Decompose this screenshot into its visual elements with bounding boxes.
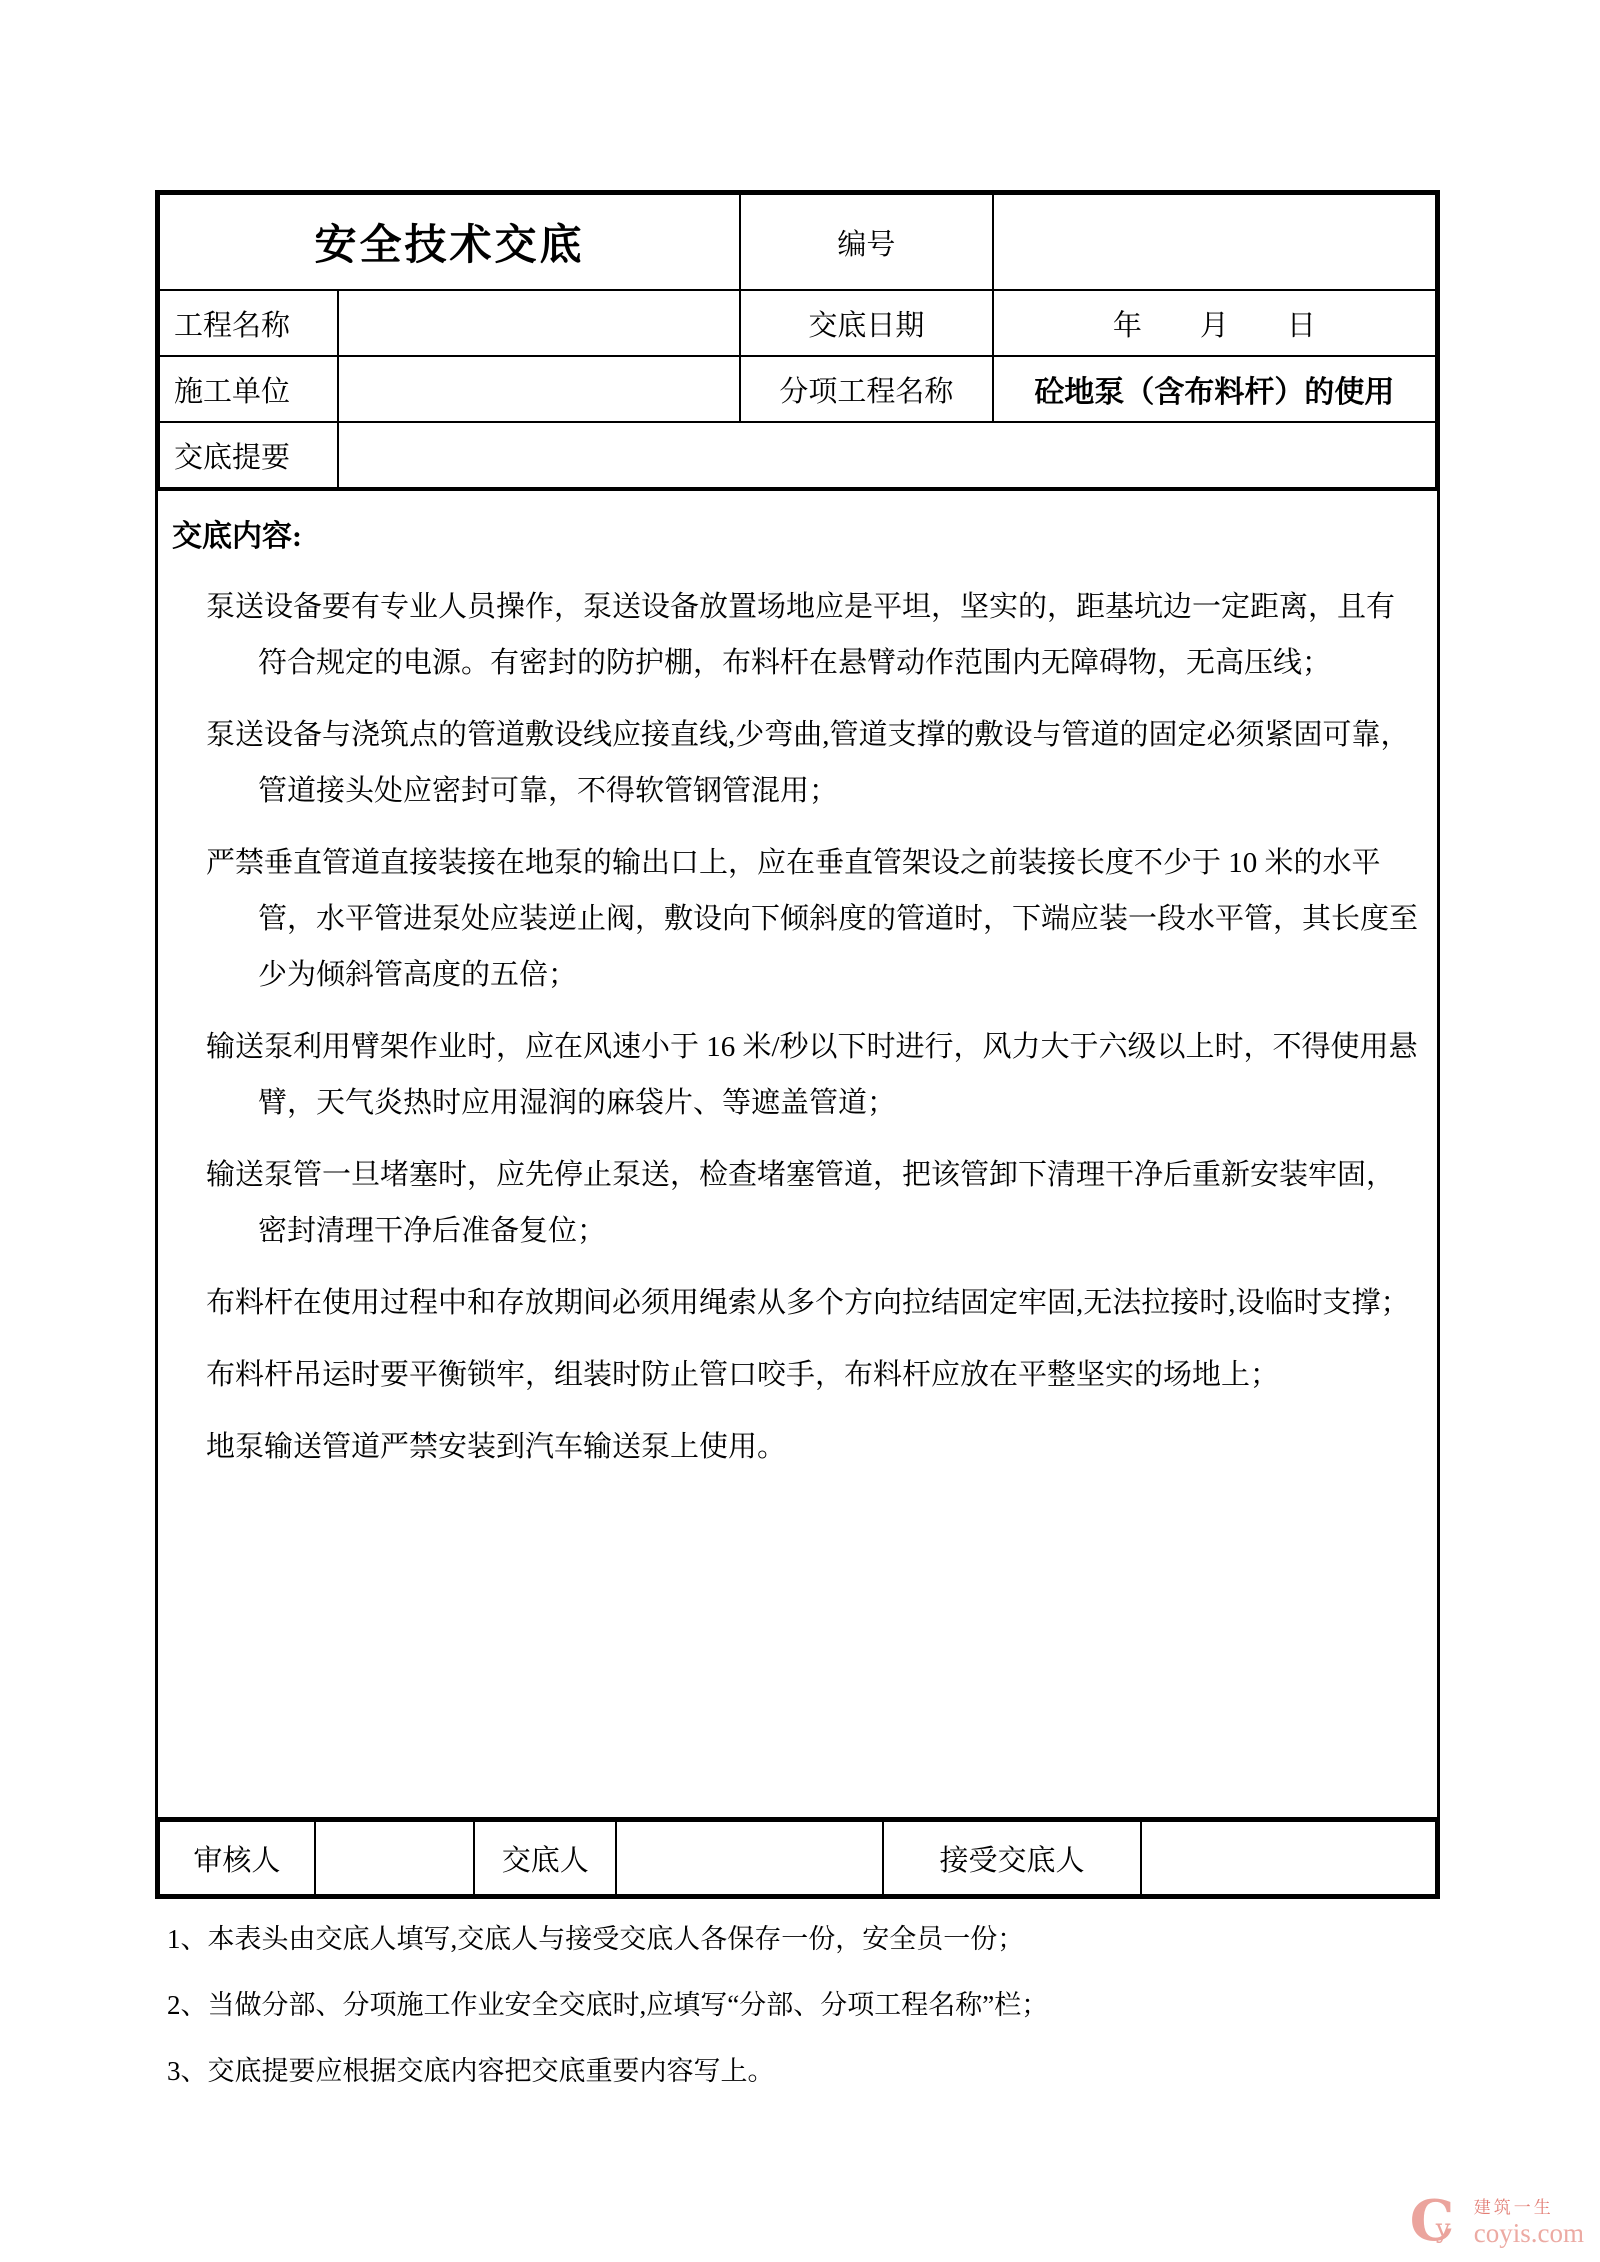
item-text: 地泵输送管道严禁安装到汽车输送泵上使用。: [206, 1431, 786, 1463]
form-header-table: 安全技术交底 编号 工程名称 交底日期 年 月 日 施工单位 分项工程名称 砼地…: [158, 193, 1437, 489]
item-number: 7.: [170, 1347, 206, 1403]
content-item-1: 1.泵送设备要有专业人员操作，泵送设备放置场地应是平坦，坚实的，距基坑边一定距离…: [170, 579, 1423, 691]
summary-label: 交底提要: [159, 422, 338, 488]
content-item-2: 2.泵送设备与浇筑点的管道敷设线应接直线,少弯曲,管道支撑的敷设与管道的固定必须…: [170, 707, 1423, 819]
item-text: 输送泵管一旦堵塞时，应先停止泵送，检查堵塞管道，把该管卸下清理干净后重新安装牢固…: [206, 1159, 1395, 1247]
reviewer-value: [315, 1821, 475, 1896]
site-watermark: Cy 建筑一生 coyis.com: [1410, 2192, 1584, 2250]
item-text: 泵送设备要有专业人员操作，泵送设备放置场地应是平坦，坚实的，距基坑边一定距离，且…: [206, 591, 1395, 679]
item-number: 2.: [170, 707, 206, 763]
item-text: 泵送设备与浇筑点的管道敷设线应接直线,少弯曲,管道支撑的敷设与管道的固定必须紧固…: [206, 719, 1410, 807]
content-item-5: 5.输送泵管一旦堵塞时，应先停止泵送，检查堵塞管道，把该管卸下清理干净后重新安装…: [170, 1147, 1423, 1259]
footer-note-2: 2、当做分部、分项施工作业安全交底时,应填写“分部、分项工程名称”栏；: [167, 1985, 1440, 2025]
form-frame: 安全技术交底 编号 工程名称 交底日期 年 月 日 施工单位 分项工程名称 砼地…: [155, 190, 1440, 1899]
item-number: 1.: [170, 579, 206, 635]
footer-note-1: 1、本表头由交底人填写,交底人与接受交底人各保存一份，安全员一份；: [167, 1919, 1440, 1959]
reviewer-label: 审核人: [159, 1821, 315, 1896]
content-item-7: 7.布料杆吊运时要平衡锁牢，组装时防止管口咬手，布料杆应放在平整坚实的场地上；: [170, 1347, 1423, 1403]
footer-notes: 1、本表头由交底人填写,交底人与接受交底人各保存一份，安全员一份； 2、当做分部…: [167, 1919, 1440, 2091]
item-text: 布料杆在使用过程中和存放期间必须用绳索从多个方向拉结固定牢固,无法拉接时,设临时…: [206, 1287, 1410, 1319]
project-name-value: [338, 290, 740, 356]
receiver-value: [1141, 1821, 1436, 1896]
content-item-6: 6.布料杆在使用过程中和存放期间必须用绳索从多个方向拉结固定牢固,无法拉接时,设…: [170, 1275, 1423, 1331]
subproject-value: 砼地泵（含布料杆）的使用: [993, 356, 1436, 422]
watermark-text-block: 建筑一生 coyis.com: [1474, 2193, 1584, 2249]
signature-row: 审核人 交底人 接受交底人: [159, 1821, 1436, 1896]
summary-value: [338, 422, 1436, 488]
item-number: 6.: [170, 1275, 206, 1331]
number-label: 编号: [740, 194, 993, 290]
watermark-site-url: coyis.com: [1474, 2218, 1584, 2249]
content-cell: 交底内容: 1.泵送设备要有专业人员操作，泵送设备放置场地应是平坦，坚实的，距基…: [158, 490, 1437, 1818]
footer-note-3: 3、交底提要应根据交底内容把交底重要内容写上。: [167, 2051, 1440, 2091]
content-heading: 交底内容:: [172, 511, 1423, 555]
discloser-label: 交底人: [474, 1821, 616, 1896]
summary-row: 交底提要: [159, 422, 1436, 488]
construction-unit-label: 施工单位: [159, 356, 338, 422]
item-number: 8.: [170, 1419, 206, 1475]
item-number: 5.: [170, 1147, 206, 1203]
watermark-brand: 建筑一生: [1474, 2193, 1554, 2218]
signature-table: 审核人 交底人 接受交底人: [158, 1819, 1437, 1896]
item-number: 4.: [170, 1019, 206, 1075]
subproject-label: 分项工程名称: [740, 356, 993, 422]
project-name-label: 工程名称: [159, 290, 338, 356]
number-value: [993, 194, 1436, 290]
form-title: 安全技术交底: [159, 194, 740, 290]
construction-unit-value: [338, 356, 740, 422]
title-row: 安全技术交底 编号: [159, 194, 1436, 290]
discloser-value: [616, 1821, 883, 1896]
form-content-table: 交底内容: 1.泵送设备要有专业人员操作，泵送设备放置场地应是平坦，坚实的，距基…: [158, 489, 1437, 1819]
content-item-3: 3.严禁垂直管道直接装接在地泵的输出口上，应在垂直管架设之前装接长度不少于 10…: [170, 835, 1423, 1003]
content-item-8: 8.地泵输送管道严禁安装到汽车输送泵上使用。: [170, 1419, 1423, 1475]
safety-disclosure-form: 安全技术交底 编号 工程名称 交底日期 年 月 日 施工单位 分项工程名称 砼地…: [155, 190, 1440, 2117]
item-text: 输送泵利用臂架作业时，应在风速小于 16 米/秒以下时进行，风力大于六级以上时，…: [206, 1031, 1418, 1119]
project-row: 工程名称 交底日期 年 月 日: [159, 290, 1436, 356]
receiver-label: 接受交底人: [883, 1821, 1141, 1896]
watermark-logo-icon: Cy: [1410, 2192, 1466, 2250]
item-text: 严禁垂直管道直接装接在地泵的输出口上，应在垂直管架设之前装接长度不少于 10 米…: [206, 847, 1418, 991]
date-value: 年 月 日: [993, 290, 1436, 356]
unit-row: 施工单位 分项工程名称 砼地泵（含布料杆）的使用: [159, 356, 1436, 422]
content-item-4: 4.输送泵利用臂架作业时，应在风速小于 16 米/秒以下时进行，风力大于六级以上…: [170, 1019, 1423, 1131]
item-text: 布料杆吊运时要平衡锁牢，组装时防止管口咬手，布料杆应放在平整坚实的场地上；: [206, 1359, 1279, 1391]
watermark-logo-y: y: [1436, 2216, 1451, 2242]
date-label: 交底日期: [740, 290, 993, 356]
item-number: 3.: [170, 835, 206, 891]
